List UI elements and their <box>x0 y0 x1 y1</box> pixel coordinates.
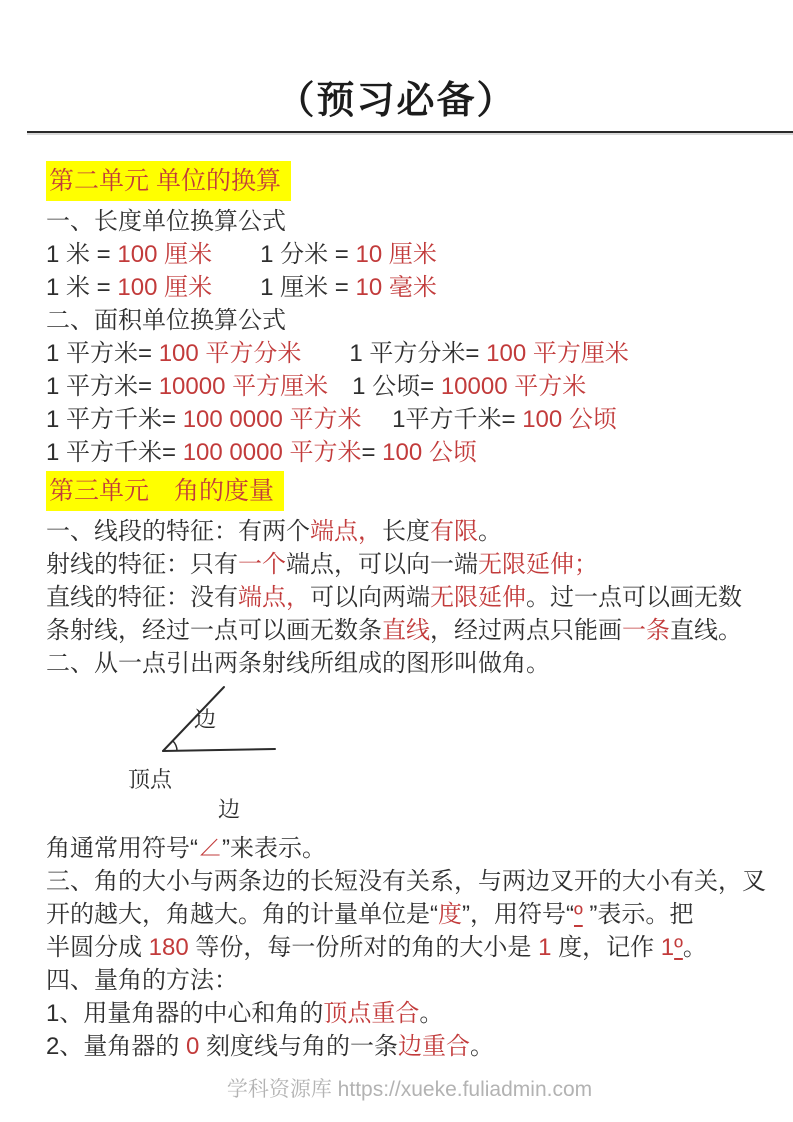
text-segment: 10000 平方厘米 <box>159 373 328 400</box>
text-segment: 等份，每一份所对的角的大小是 <box>195 934 538 961</box>
text-segment: 直线。 <box>670 617 742 644</box>
text-segment: 2、量角器的 <box>46 1033 186 1060</box>
text-segment: 半圆分成 <box>46 934 149 961</box>
text-segment: 度，记作 <box>558 934 661 961</box>
text-segment: 10 厘米 <box>355 241 436 268</box>
text-line-angle-size-1: 三、角的大小与两条边的长短没有关系，与两边叉开的大小有关，叉 <box>46 865 773 898</box>
text-segment: 1平方千米= <box>361 406 522 433</box>
text-segment: 1 米 = <box>46 241 117 268</box>
text-line-angle-def: 二、从一点引出两条射线所组成的图形叫做角。 <box>46 647 773 680</box>
text-segment: 180 <box>149 934 196 961</box>
text-segment: 可以向两端 <box>310 584 430 611</box>
text-segment: 一、线段的特征：有两个 <box>46 518 310 545</box>
footer-watermark: 学科资源库 https://xueke.fuliadmin.com <box>46 1077 773 1103</box>
formula-line-6: 1 平方千米= 100 0000 平方米= 100 公顷 <box>46 436 773 469</box>
document-page: （预习必备） 第二单元 单位的换算 一、长度单位换算公式 1 米 = 100 厘… <box>0 0 793 1122</box>
text-segment: ，经过两点只能画 <box>430 617 622 644</box>
text-line-angle-size-3: 半圆分成 180 等份，每一份所对的角的大小是 1 度，记作 1º。 <box>46 931 773 964</box>
section-header-row-unit2: 第二单元 单位的换算 <box>46 161 773 201</box>
angle-diagram: 边 顶点 边 <box>46 682 773 830</box>
text-segment: 三、角的大小与两条边的长短没有关系，与两边叉开的大小有关，叉 <box>46 868 766 895</box>
text-segment: 顶点重合 <box>323 1000 419 1027</box>
text-segment: 1 <box>661 934 674 961</box>
text-segment: 一、长度单位换算公式 <box>46 208 286 235</box>
page-title: （预习必备） <box>0 0 793 124</box>
formula-line-2: 1 米 = 100 厘米 1 厘米 = 10 毫米 <box>46 271 773 304</box>
text-segment: 度 <box>438 901 462 928</box>
document-content: 第二单元 单位的换算 一、长度单位换算公式 1 米 = 100 厘米 1 分米 … <box>0 133 793 1103</box>
text-line-angle-size-2: 开的越大，角越大。角的计量单位是“度”，用符号“º ”表示。把 <box>46 898 773 931</box>
text-segment: 。 <box>478 518 502 545</box>
text-segment: 1 平方千米= <box>46 406 183 433</box>
text-segment: 射线的特征：只有 <box>46 551 238 578</box>
text-line-angle-symbol: 角通常用符号“∠”来表示。 <box>46 832 773 865</box>
formula-line-1: 1 米 = 100 厘米 1 分米 = 10 厘米 <box>46 238 773 271</box>
text-segment: 1 公顷= <box>328 373 441 400</box>
angle-vertex-label: 顶点 <box>128 768 172 792</box>
text-segment: 。 <box>470 1033 494 1060</box>
text-segment: ”来表示。 <box>222 835 326 862</box>
text-segment: ”表示。把 <box>583 901 694 928</box>
text-segment: 100 0000 平方米 <box>183 406 362 433</box>
text-segment: 1 平方米= <box>46 340 159 367</box>
text-segment: 1 平方千米= <box>46 439 183 466</box>
text-segment: 1 分米 = <box>212 241 355 268</box>
text-segment: 。 <box>419 1000 443 1027</box>
section-header-unit2: 第二单元 单位的换算 <box>46 161 291 201</box>
text-segment: 100 公顷 <box>522 406 617 433</box>
text-segment: 1 米 = <box>46 274 117 301</box>
section-header-unit3: 第三单元 角的度量 <box>46 471 284 511</box>
formula-line-4: 1 平方米= 10000 平方厘米 1 公顷= 10000 平方米 <box>46 370 773 403</box>
text-segment: 100 厘米 <box>117 241 212 268</box>
text-line-straight-2: 条射线，经过一点可以画无数条直线，经过两点只能画一条直线。 <box>46 614 773 647</box>
text-segment: 100 厘米 <box>117 274 212 301</box>
text-line-measure-step-2: 2、量角器的 0 刻度线与角的一条边重合。 <box>46 1030 773 1063</box>
text-segment: 开的越大，角越大。角的计量单位是“ <box>46 901 438 928</box>
text-segment: 角通常用符号“ <box>46 835 198 862</box>
text-line-length-heading: 一、长度单位换算公式 <box>46 205 773 238</box>
text-segment: 100 平方厘米 <box>486 340 629 367</box>
text-line-straight-1: 直线的特征：没有端点，可以向两端无限延伸。过一点可以画无数 <box>46 581 773 614</box>
formula-line-3: 1 平方米= 100 平方分米 1 平方分米= 100 平方厘米 <box>46 337 773 370</box>
text-segment: 边重合 <box>398 1033 470 1060</box>
text-segment: 1 平方米= <box>46 373 159 400</box>
text-segment: 。 <box>683 934 707 961</box>
text-segment: ”，用符号“ <box>462 901 574 928</box>
text-line-ray: 射线的特征：只有一个端点，可以向一端无限延伸； <box>46 548 773 581</box>
text-segment: 10 毫米 <box>355 274 436 301</box>
text-segment: º <box>574 901 583 928</box>
text-segment: 一个 <box>238 551 286 578</box>
text-segment: 端点， <box>310 518 382 545</box>
text-segment: 1 平方分米= <box>301 340 486 367</box>
text-segment: 四、量角的方法： <box>46 967 238 994</box>
text-line-measure-step-1: 1、用量角器的中心和角的顶点重合。 <box>46 997 773 1030</box>
text-segment: = <box>361 439 382 466</box>
angle-arc <box>173 741 177 751</box>
text-segment: 1 <box>538 934 558 961</box>
text-segment: 二、面积单位换算公式 <box>46 307 286 334</box>
text-segment: 端点， <box>238 584 310 611</box>
text-segment: 有限 <box>430 518 478 545</box>
text-segment: 100 公顷 <box>382 439 477 466</box>
text-segment: 二、从一点引出两条射线所组成的图形叫做角。 <box>46 650 550 677</box>
formula-line-5: 1 平方千米= 100 0000 平方米 1平方千米= 100 公顷 <box>46 403 773 436</box>
section-header-row-unit3: 第三单元 角的度量 <box>46 471 773 511</box>
text-line-measure-heading: 四、量角的方法： <box>46 964 773 997</box>
text-segment: 。过一点可以画无数 <box>526 584 742 611</box>
text-segment: 100 0000 平方米 <box>183 439 362 466</box>
text-segment: 1、用量角器的中心和角的 <box>46 1000 323 1027</box>
text-segment: 直线 <box>382 617 430 644</box>
text-segment: 无限延伸； <box>478 551 598 578</box>
angle-side-label-top: 边 <box>194 708 216 732</box>
text-segment: 无限延伸 <box>430 584 526 611</box>
text-segment: ∠ <box>198 835 222 862</box>
text-segment: 一条 <box>622 617 670 644</box>
text-segment: 100 平方分米 <box>159 340 302 367</box>
text-segment: 0 <box>186 1033 206 1060</box>
text-segment: 长度 <box>382 518 430 545</box>
angle-horizontal-ray <box>163 749 275 751</box>
text-segment: 条射线，经过一点可以画无数条 <box>46 617 382 644</box>
text-segment: 刻度线与角的一条 <box>206 1033 398 1060</box>
angle-side-label-bottom: 边 <box>218 798 240 822</box>
text-line-area-heading: 二、面积单位换算公式 <box>46 304 773 337</box>
text-segment: 直线的特征：没有 <box>46 584 238 611</box>
text-line-segment: 一、线段的特征：有两个端点，长度有限。 <box>46 515 773 548</box>
text-segment: º <box>674 934 683 961</box>
text-segment: 1 厘米 = <box>212 274 355 301</box>
text-segment: 10000 平方米 <box>441 373 586 400</box>
angle-figure <box>46 682 346 830</box>
text-segment: 端点，可以向一端 <box>286 551 478 578</box>
